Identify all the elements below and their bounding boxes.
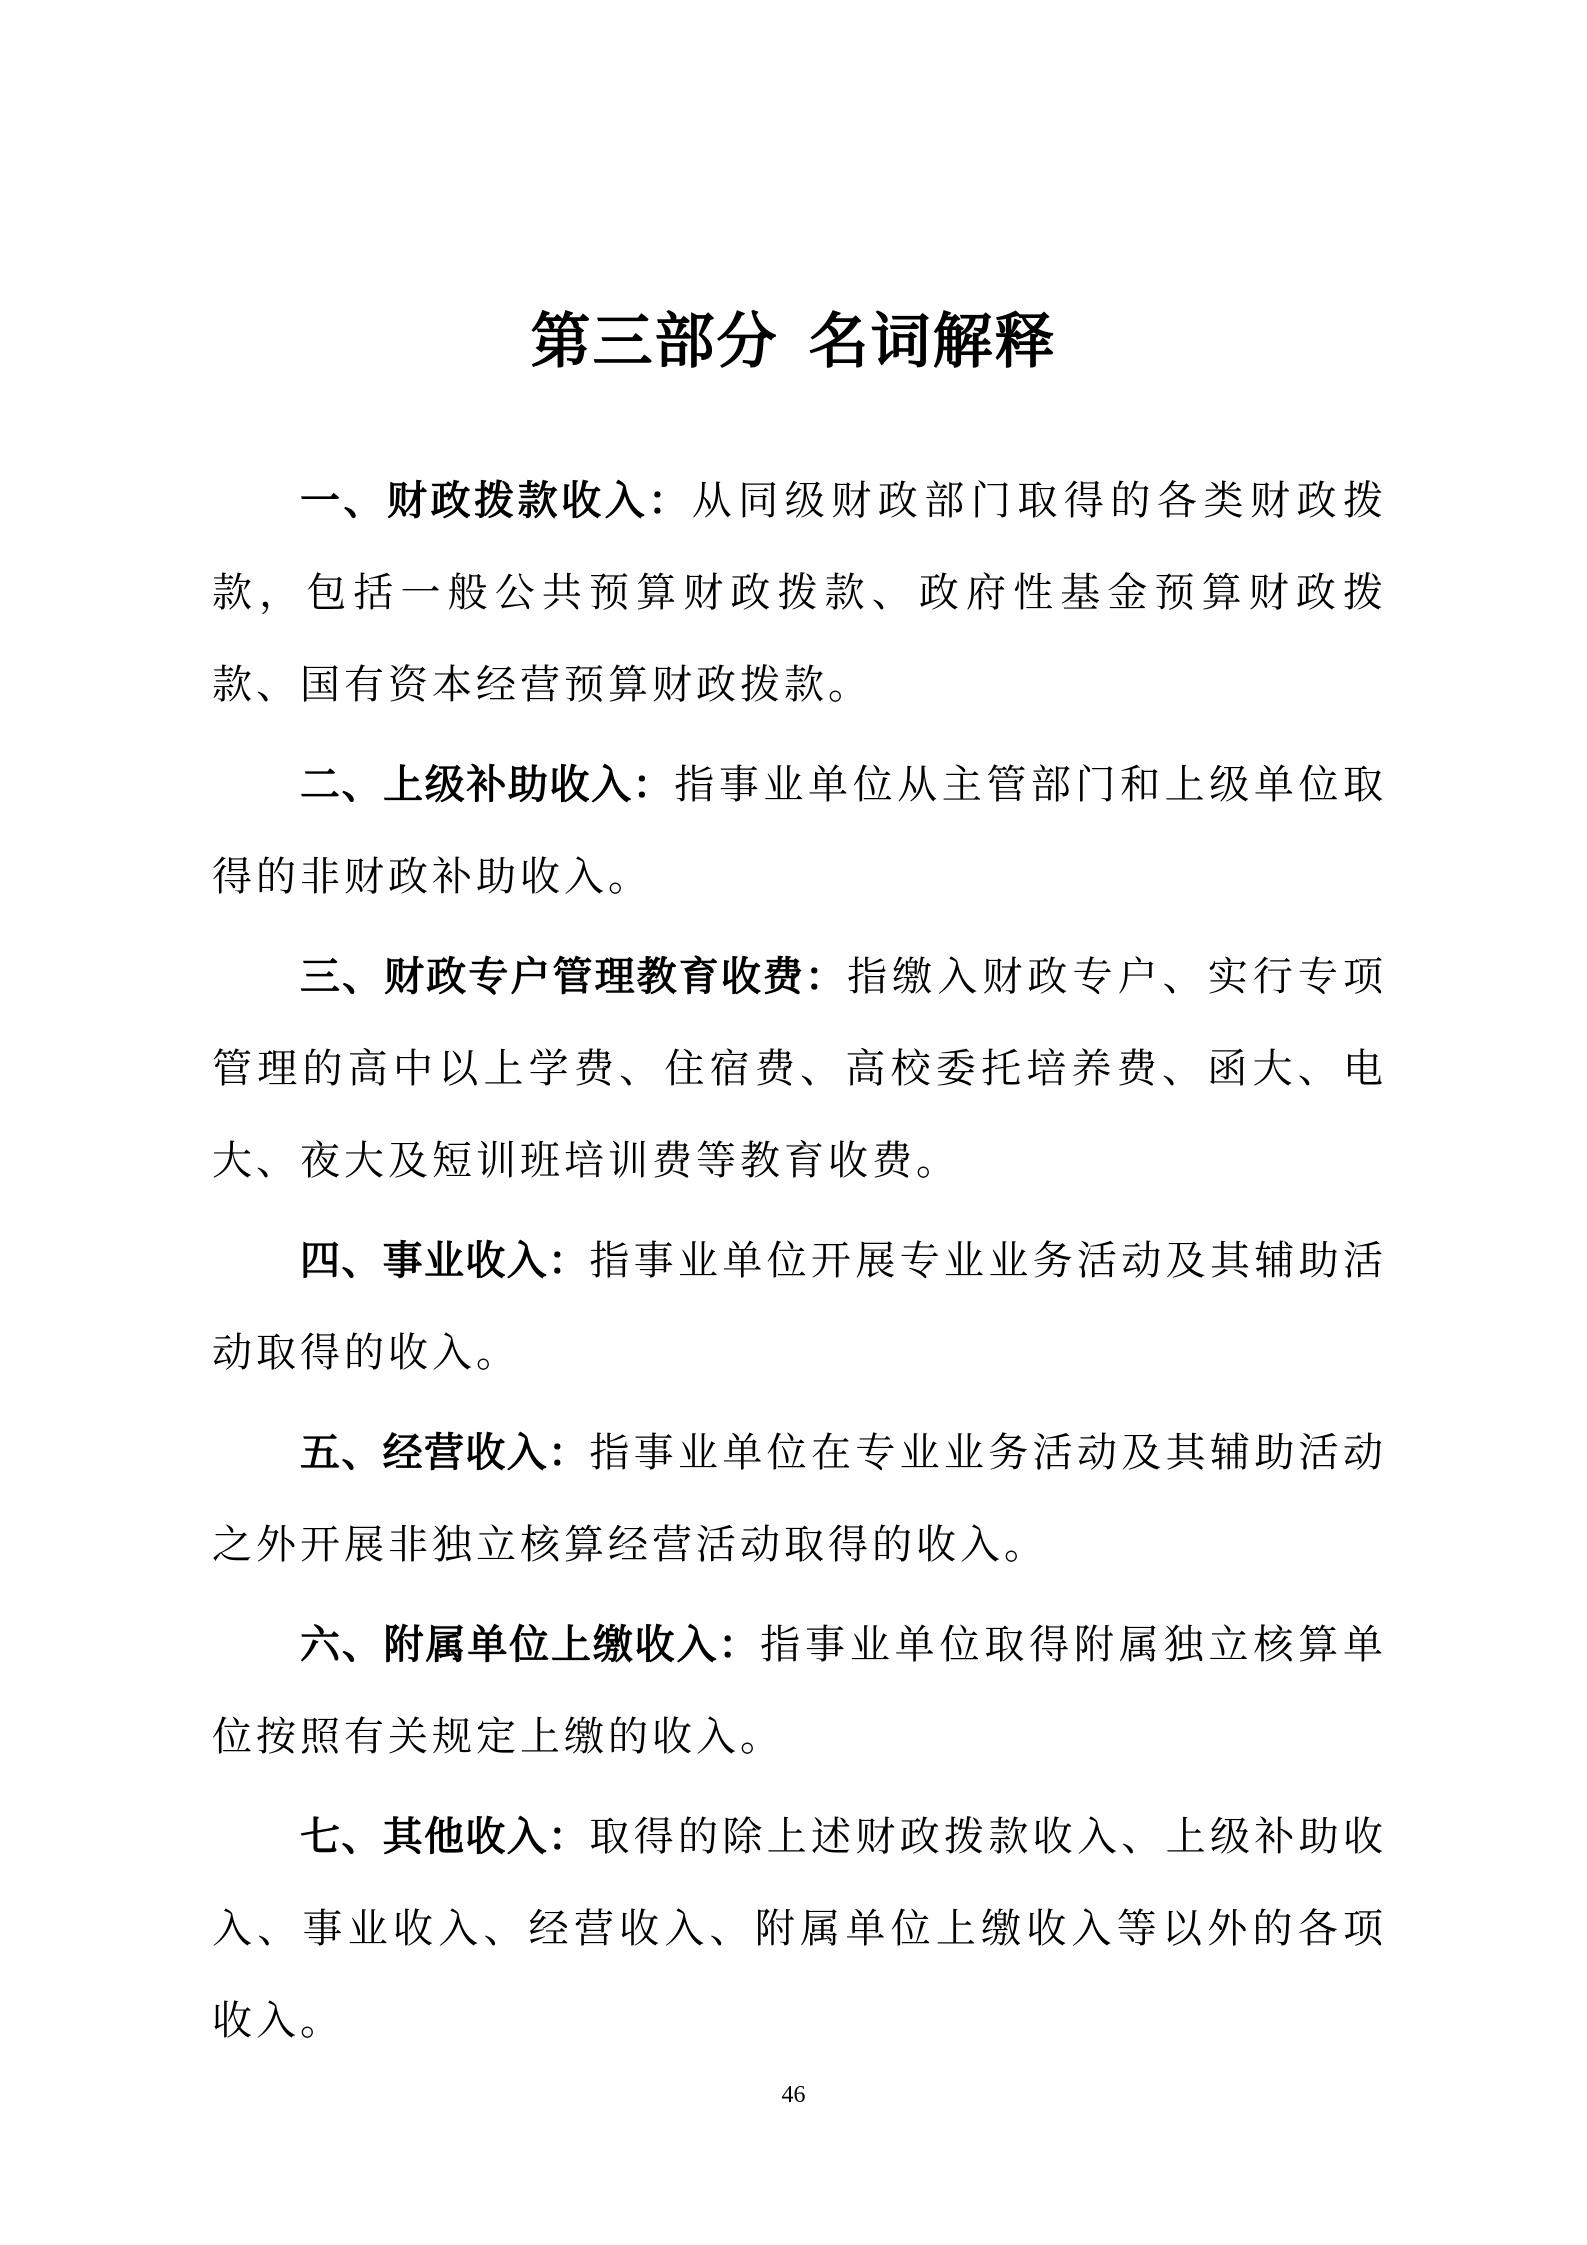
entry-term: 三、财政专户管理教育收费： (300, 954, 847, 1000)
glossary-entry-other-income: 七、其他收入：取得的除上述财政拨款收入、上级补助收入、事业收入、经营收入、附属单… (212, 1791, 1387, 2067)
title-part: 第三部分 (531, 307, 779, 377)
page-number: 46 (0, 2082, 1587, 2109)
entry-term: 二、上级补助收入： (300, 762, 674, 808)
entry-term: 五、经营收入： (300, 1430, 589, 1476)
title-name: 名词解释 (809, 307, 1057, 377)
entry-term: 六、附属单位上缴收入： (300, 1622, 760, 1668)
entry-term: 七、其他收入： (300, 1814, 589, 1860)
glossary-entry-education-fee-special-account: 三、财政专户管理教育收费：指缴入财政专户、实行专项管理的高中以上学费、住宿费、高… (212, 931, 1387, 1207)
glossary-entry-fiscal-appropriation-income: 一、财政拨款收入：从同级财政部门取得的各类财政拨款，包括一般公共预算财政拨款、政… (212, 455, 1387, 731)
glossary-entry-superior-subsidy-income: 二、上级补助收入：指事业单位从主管部门和上级单位取得的非财政补助收入。 (212, 739, 1387, 923)
entry-term: 四、事业收入： (300, 1238, 589, 1284)
entry-term: 一、财政拨款收入： (300, 478, 692, 524)
glossary-entry-business-income: 五、经营收入：指事业单位在专业业务活动及其辅助活动之外开展非独立核算经营活动取得… (212, 1407, 1387, 1591)
glossary-entries: 一、财政拨款收入：从同级财政部门取得的各类财政拨款，包括一般公共预算财政拨款、政… (212, 455, 1387, 2075)
glossary-entry-operational-income: 四、事业收入：指事业单位开展专业业务活动及其辅助活动取得的收入。 (212, 1215, 1387, 1399)
page-title: 第三部分名词解释 (0, 302, 1587, 382)
glossary-entry-affiliate-remittance-income: 六、附属单位上缴收入：指事业单位取得附属独立核算单位按照有关规定上缴的收入。 (212, 1599, 1387, 1783)
